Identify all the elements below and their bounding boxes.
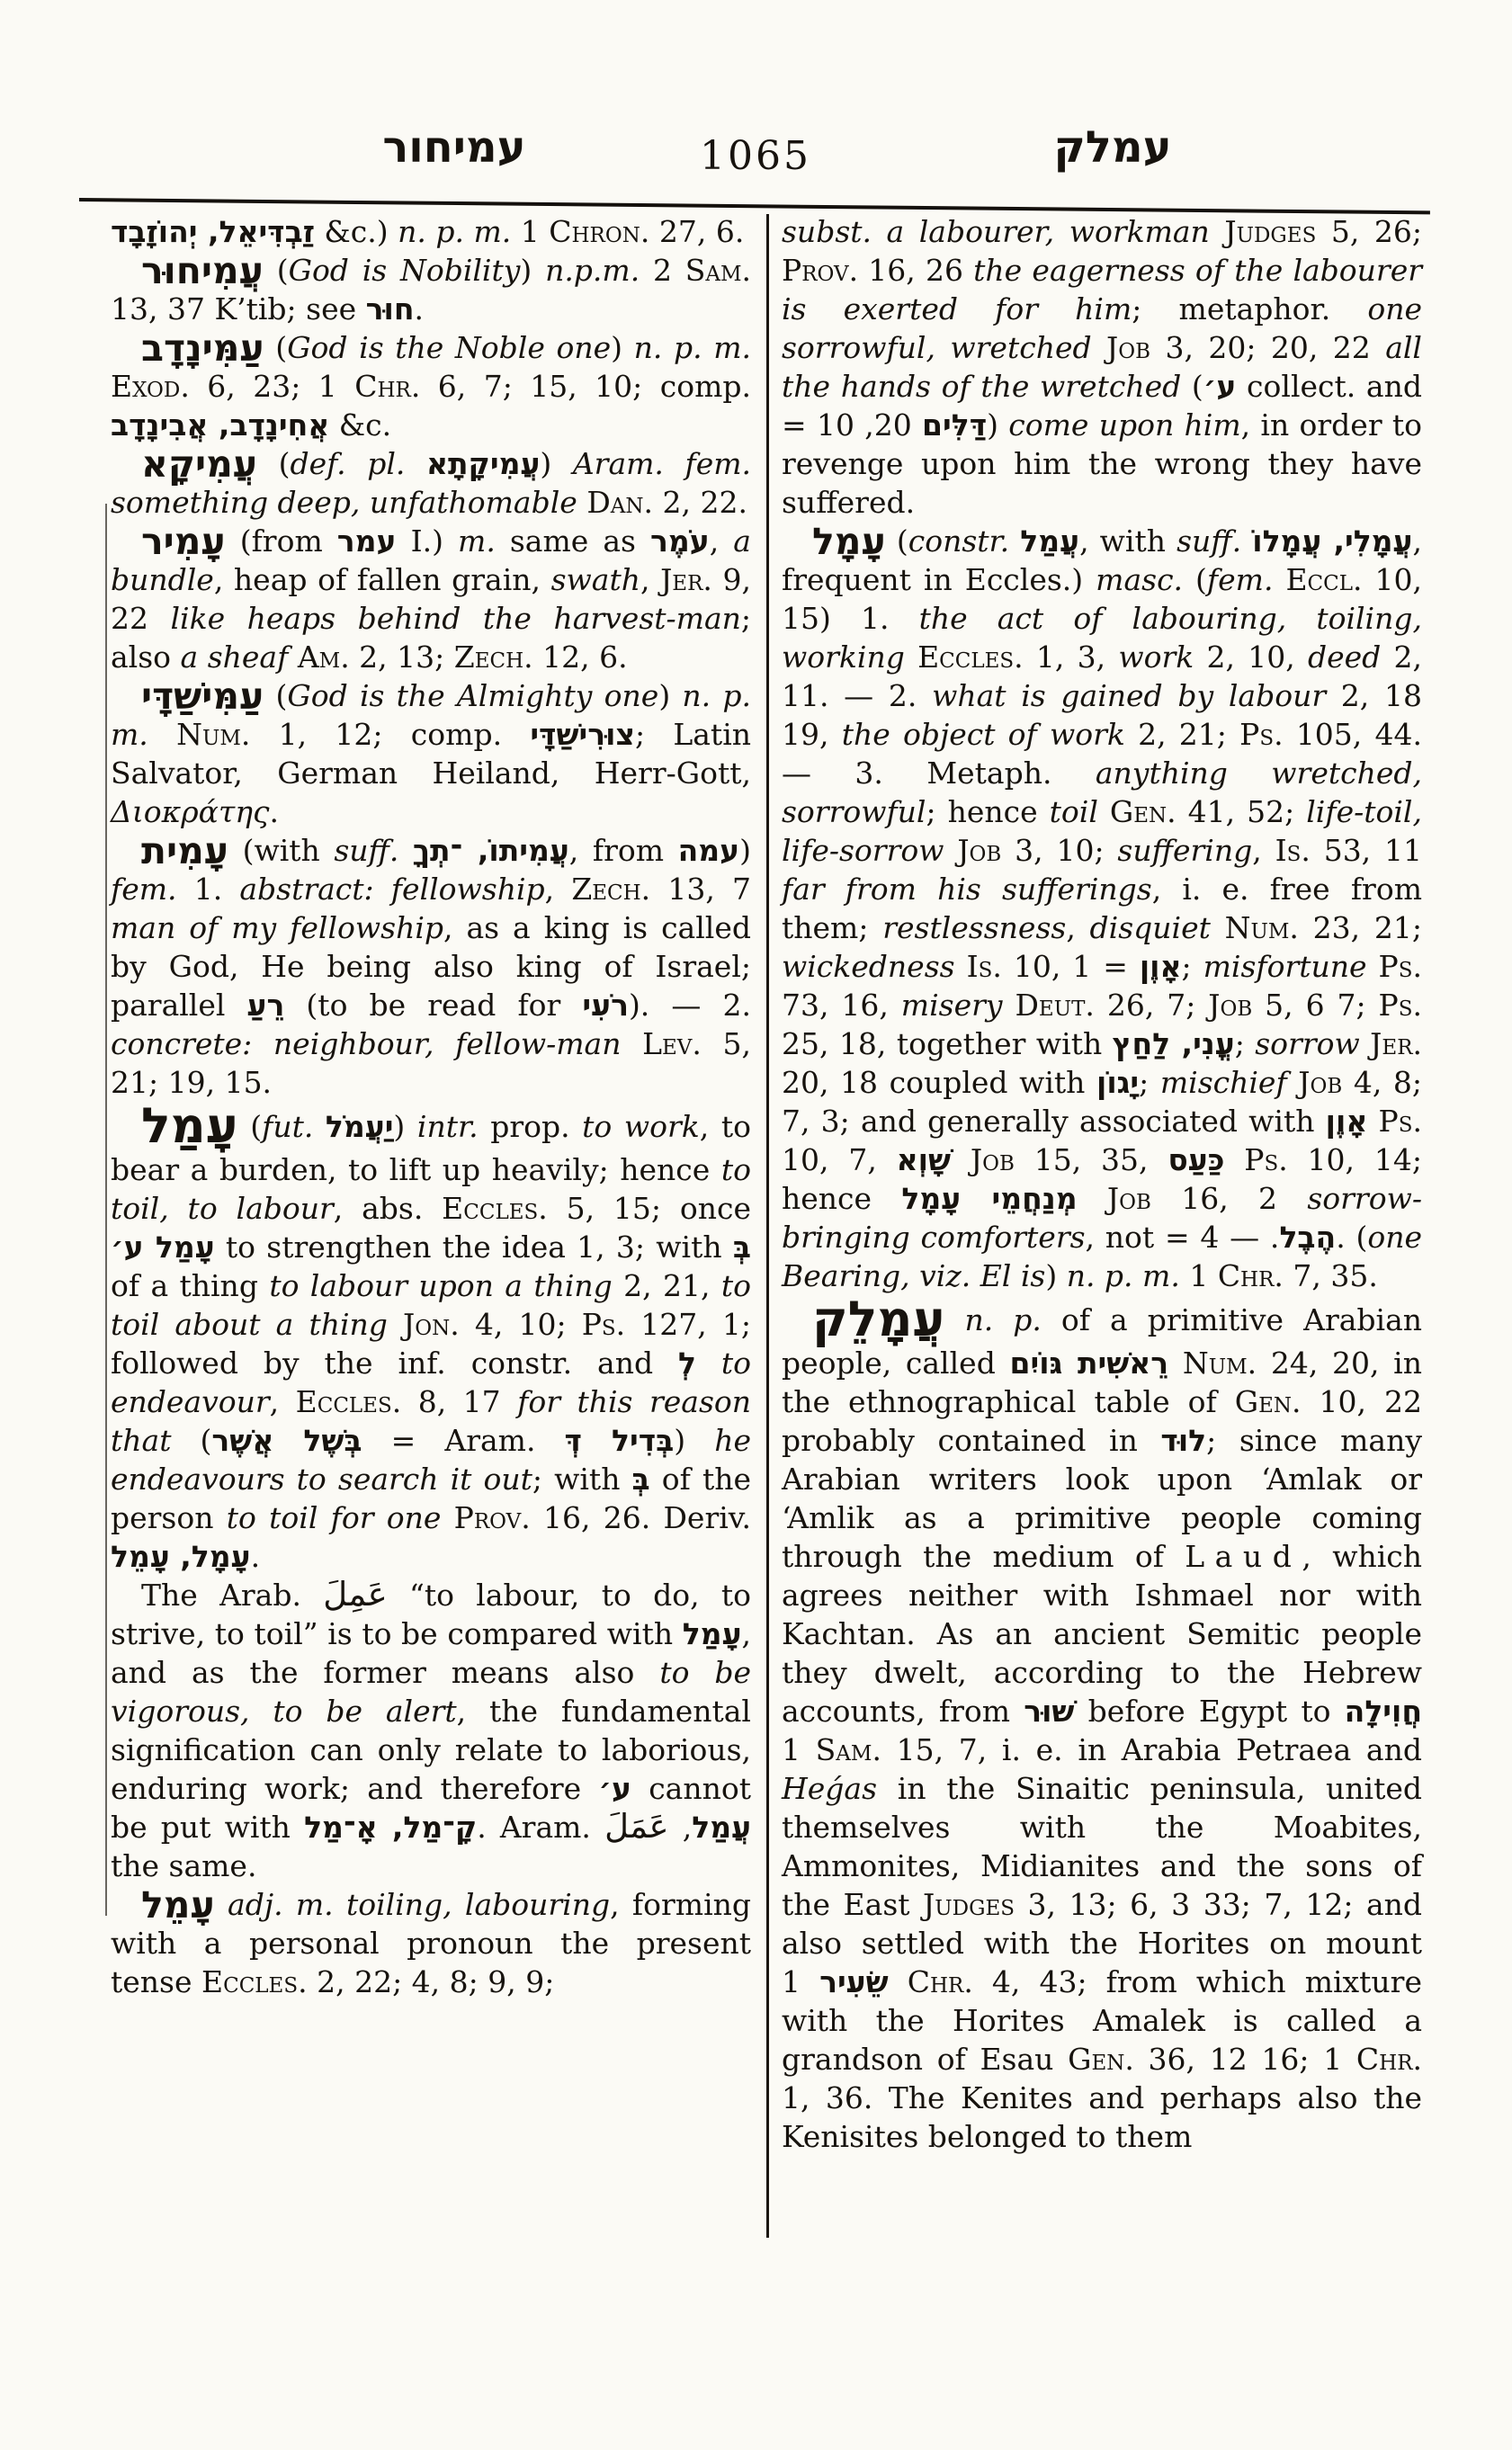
text-segment: ( bbox=[257, 446, 290, 481]
text-segment: to toil for one bbox=[227, 1500, 442, 1535]
hebrew-headword: עָמִית bbox=[141, 829, 228, 872]
text-segment: ) bbox=[739, 833, 751, 868]
hebrew-word: ע׳ bbox=[598, 1771, 631, 1806]
text-segment: 5, 6 7; bbox=[1252, 988, 1378, 1023]
text-segment: n.p.m. bbox=[545, 253, 640, 288]
text-segment: 13, 37 K’tib; see bbox=[111, 291, 366, 326]
text-segment: fem. bbox=[111, 872, 177, 907]
text-segment bbox=[1224, 1142, 1244, 1177]
text-segment: the object of work bbox=[842, 717, 1125, 752]
entry-amal-noun: עָמָל (constr. עֲמַל, with suff. עֲמָלִי… bbox=[782, 522, 1422, 1295]
text-segment: of a thing bbox=[111, 1268, 269, 1303]
hebrew-word: אָוֶן bbox=[1140, 949, 1182, 984]
text-segment: 12, 6. bbox=[533, 639, 628, 675]
entry-amalek: עֲמָלֵק n. p. of a primitive Arabian peo… bbox=[782, 1295, 1422, 2156]
text-segment: ) bbox=[540, 446, 572, 481]
arabic-word: عَمِلَ bbox=[323, 1575, 388, 1614]
text-segment: masc. bbox=[1096, 562, 1183, 597]
entry-arabic-note: The Arab. عَمِلَ “to labour, to do, to s… bbox=[111, 1576, 751, 1885]
text-segment: 2, 13; bbox=[350, 639, 454, 675]
text-segment: = Aram. bbox=[362, 1423, 565, 1458]
text-segment: 1, 12; comp. bbox=[250, 717, 530, 752]
text-segment: n. p. m. bbox=[398, 214, 511, 249]
hebrew-word: יָגוֹן bbox=[1096, 1065, 1139, 1100]
entry-amir: עָמִיר (from עמר I.) m. same as עֹמֶר, a… bbox=[111, 522, 751, 676]
scripture-reference: Ps. bbox=[582, 1307, 625, 1342]
scripture-reference: Chr. bbox=[1356, 2042, 1422, 2077]
text-segment: 26, 7; bbox=[1095, 988, 1208, 1023]
hebrew-word: אֲחִינָדָב, אֲבִינָדָב bbox=[111, 407, 329, 443]
hebrew-word: מְנַחֲמֵי עָמָל bbox=[901, 1181, 1077, 1216]
text-segment: , bbox=[270, 1384, 296, 1419]
text-segment: (from bbox=[226, 523, 337, 559]
text-segment bbox=[388, 1307, 403, 1342]
text-segment: 41, 52; bbox=[1176, 794, 1307, 829]
text-segment: God is the Noble one bbox=[287, 330, 611, 365]
text-segment: what is gained by labour bbox=[932, 678, 1326, 713]
text-segment: ) bbox=[674, 1423, 714, 1458]
text-segment: disquiet bbox=[1090, 910, 1211, 945]
text-segment: 2, 21, bbox=[613, 1268, 721, 1303]
text-segment: God is the Almighty one bbox=[287, 678, 658, 713]
text-segment: ; hence bbox=[926, 794, 1050, 829]
text-segment: , from bbox=[569, 833, 678, 868]
text-segment bbox=[1098, 794, 1110, 829]
left-margin-line bbox=[105, 504, 107, 1916]
scripture-reference: Eccles. bbox=[296, 1384, 402, 1419]
hebrew-word: עֲמִיקָתָא bbox=[426, 446, 540, 481]
hebrew-word: שֵׂעִיר bbox=[819, 1964, 889, 1999]
text-segment: adj. m. bbox=[228, 1887, 334, 1922]
text-segment: same as bbox=[496, 523, 650, 559]
text-segment: 6, 7; 15, 10; comp. bbox=[420, 369, 751, 404]
text-segment: work bbox=[1118, 639, 1194, 675]
text-segment: , bbox=[1252, 833, 1275, 868]
scripture-reference: Judges bbox=[1224, 214, 1316, 249]
text-segment: wickedness bbox=[782, 949, 955, 984]
scripture-reference: Num. bbox=[1225, 910, 1299, 945]
text-segment bbox=[405, 446, 426, 481]
text-segment: 2, 21; bbox=[1125, 717, 1239, 752]
scripture-reference: Job bbox=[1107, 1181, 1151, 1216]
text-segment: ( bbox=[264, 253, 289, 288]
text-segment: ) bbox=[658, 678, 682, 713]
hebrew-word: אָוֶן bbox=[1326, 1104, 1368, 1139]
scripture-reference: Job bbox=[1208, 988, 1252, 1023]
text-segment: (to be read for bbox=[284, 988, 582, 1023]
text-segment bbox=[696, 1346, 721, 1381]
text-segment: n. p. m. bbox=[1067, 1258, 1180, 1293]
text-segment: def. pl. bbox=[290, 446, 405, 481]
text-segment: 1. bbox=[177, 872, 240, 907]
scripture-reference: Jer. bbox=[1370, 1026, 1422, 1061]
scripture-reference: Chr. bbox=[1218, 1258, 1284, 1293]
scripture-reference: Ps. bbox=[1379, 1104, 1422, 1139]
hebrew-word: חֲוִילָה bbox=[1345, 1694, 1422, 1729]
text-segment: , heap of fallen grain, bbox=[214, 562, 551, 597]
text-segment: . bbox=[251, 1539, 261, 1574]
hebrew-word: עֳנִי, לַחַץ bbox=[1113, 1026, 1235, 1061]
text-segment: &c.) bbox=[315, 214, 398, 249]
text-segment: to strengthen the idea 1, 3; with bbox=[215, 1229, 733, 1265]
text-segment: 36, 12 16; 1 bbox=[1134, 2042, 1356, 2077]
text-segment: 15, 7, i. e. in Arabia Petraea and bbox=[881, 1732, 1422, 1767]
text-segment: suff. bbox=[334, 833, 398, 868]
text-segment: a labourer, workman bbox=[887, 214, 1210, 249]
hebrew-word: בְּדִיל דְּ bbox=[565, 1423, 675, 1458]
scripture-reference: Ps. bbox=[1244, 1142, 1287, 1177]
text-segment: 16, 2 bbox=[1151, 1181, 1307, 1216]
text-segment: ( bbox=[886, 523, 908, 559]
text-segment: ) bbox=[611, 330, 634, 365]
text-segment: (with bbox=[228, 833, 334, 868]
text-segment: ; bbox=[1182, 949, 1203, 984]
scripture-reference: Num. bbox=[1183, 1346, 1257, 1381]
scripture-reference: Prov. bbox=[782, 253, 858, 288]
scripture-reference: Ps. bbox=[1379, 988, 1422, 1023]
text-segment: toiling, labouring bbox=[346, 1887, 610, 1922]
text-segment bbox=[905, 639, 917, 675]
text-segment: prop. bbox=[479, 1109, 583, 1144]
scripture-reference: Eccl. bbox=[1285, 562, 1362, 597]
text-segment: misery bbox=[901, 988, 1003, 1023]
text-segment: toil bbox=[1050, 794, 1098, 829]
text-segment: to work bbox=[582, 1109, 700, 1144]
text-segment: . bbox=[269, 794, 279, 829]
scripture-reference: Gen. bbox=[1068, 2042, 1134, 2077]
scripture-reference: Deut. bbox=[1015, 988, 1094, 1023]
text-segment: 8, 17 bbox=[401, 1384, 517, 1419]
text-segment: , bbox=[640, 562, 660, 597]
lexicon-page: עמיחור 1065 עמלק זַבְדִּיאֵל, יְהוֹזָבָד… bbox=[0, 0, 1512, 2450]
text-segment: 53, 11 bbox=[1311, 833, 1422, 868]
scripture-reference: Zech. bbox=[571, 872, 650, 907]
text-segment: 27, 6. bbox=[649, 214, 744, 249]
text-segment: 15, 35, bbox=[1015, 1142, 1168, 1177]
entry-amit: עָמִית (with suff. עֲמִיתוֹ, ־תְךָ, from… bbox=[111, 831, 751, 1102]
hebrew-word: חוּר bbox=[366, 291, 415, 326]
text-segment: 20, 18 coupled with bbox=[782, 1065, 1096, 1100]
hebrew-word: עָמַל bbox=[683, 1616, 742, 1651]
text-segment: 2, 22; 4, 8; 9, 9; bbox=[308, 1964, 555, 1999]
text-segment bbox=[288, 639, 298, 675]
text-segment: 1 bbox=[1180, 1258, 1218, 1293]
scripture-reference: Prov. bbox=[454, 1500, 531, 1535]
text-segment bbox=[1367, 1104, 1378, 1139]
scripture-reference: Jer. bbox=[660, 562, 712, 597]
text-segment bbox=[1287, 1065, 1299, 1100]
entry-amal-verb: עָמַל (fut. יַעֲמֹל) intr. prop. to work… bbox=[111, 1102, 751, 1576]
text-segment: like heaps behind the harvest-man bbox=[170, 601, 740, 636]
text-segment: 16, 26 bbox=[858, 253, 973, 288]
hebrew-word: עָמַל ע׳ bbox=[111, 1229, 215, 1265]
scripture-reference: Ps. bbox=[1379, 949, 1422, 984]
scripture-reference: Exod. bbox=[111, 369, 190, 404]
text-segment: ( bbox=[238, 1109, 262, 1144]
entry-continuation: subst. a labourer, workman Judges 5, 26;… bbox=[782, 212, 1422, 522]
text-segment bbox=[334, 1887, 346, 1922]
hebrew-word: רֵאשִׁית גּוֹיִם bbox=[1010, 1346, 1169, 1381]
hebrew-word: יַעֲמֹל bbox=[326, 1109, 394, 1144]
running-head-left: עמיחור bbox=[342, 126, 567, 169]
scripture-reference: Job bbox=[1106, 330, 1150, 365]
hebrew-word: עֲמַל bbox=[1020, 523, 1079, 559]
arabic-word: عَمَلَ bbox=[604, 1807, 669, 1846]
text-segment: ; with bbox=[532, 1462, 632, 1497]
hebrew-word: עֲמִיתוֹ, ־תְךָ bbox=[413, 833, 569, 868]
text-segment: , with bbox=[1079, 523, 1176, 559]
text-segment: constr. bbox=[908, 523, 1009, 559]
left-column: זַבְדִּיאֵל, יְהוֹזָבָד &c.) n. p. m. 1 … bbox=[111, 212, 751, 2001]
text-segment: 16, 26. Deriv. bbox=[531, 1500, 751, 1535]
text-segment bbox=[621, 1026, 642, 1061]
entry-amiqa: עֲמִיקָא (def. pl. עֲמִיקָתָא) Aram. fem… bbox=[111, 444, 751, 522]
text-segment: 73, 16, bbox=[782, 988, 901, 1023]
text-segment: ; bbox=[1139, 1065, 1160, 1100]
text-segment bbox=[148, 717, 176, 752]
hebrew-word: צוּרִישַׁדָּי bbox=[530, 717, 635, 752]
text-segment: deed bbox=[1308, 639, 1381, 675]
hebrew-word: עמר bbox=[337, 523, 397, 559]
text-segment: , not = bbox=[1086, 1220, 1201, 1255]
scripture-reference: Eccles. bbox=[917, 639, 1024, 675]
text-segment: 2, 22. bbox=[653, 485, 747, 520]
text-segment: ) bbox=[520, 253, 545, 288]
text-segment: man of my fellowship bbox=[111, 910, 443, 945]
text-segment: 10, 7, bbox=[782, 1142, 897, 1177]
text-segment: 1, 3, bbox=[1024, 639, 1119, 675]
text-segment: I.) bbox=[397, 523, 459, 559]
scripture-reference: Num. bbox=[176, 717, 250, 752]
text-segment: suff. bbox=[1176, 523, 1241, 559]
text-segment: far from his sufferings bbox=[782, 872, 1152, 907]
scripture-reference: Ps. bbox=[1239, 717, 1283, 752]
text-segment: 5, 26; bbox=[1316, 214, 1422, 249]
hebrew-headword: עֲמָלֵק bbox=[812, 1291, 944, 1347]
text-segment bbox=[944, 1302, 964, 1337]
scripture-reference: Eccles. bbox=[442, 1191, 548, 1226]
scripture-reference: Chr. bbox=[908, 1964, 973, 1999]
hebrew-word: כַּעַס bbox=[1168, 1142, 1224, 1177]
text-segment: . bbox=[415, 291, 425, 326]
text-segment: , bbox=[545, 872, 572, 907]
text-segment: 2 bbox=[640, 253, 685, 288]
text-segment: subst. bbox=[782, 214, 872, 249]
text-segment: 3, 10; bbox=[1001, 833, 1117, 868]
hebrew-word: שׁוּר bbox=[1024, 1694, 1074, 1729]
hebrew-word: הֶבֶל bbox=[1279, 1220, 1336, 1255]
entry-amminadab: עַמִּינָדָב (God is the Noble one) n. p.… bbox=[111, 328, 751, 444]
text-segment: ( bbox=[1183, 562, 1207, 597]
text-segment: 1, 36. The Kenites and perhaps also the … bbox=[782, 2080, 1422, 2154]
text-segment bbox=[1211, 910, 1225, 945]
hebrew-headword: עָמָל bbox=[812, 520, 886, 563]
text-segment: ( bbox=[264, 678, 287, 713]
hebrew-word: עֲמַל bbox=[692, 1810, 751, 1845]
text-segment bbox=[441, 1500, 453, 1535]
text-segment bbox=[313, 1109, 326, 1144]
hebrew-word: דַּלִּים bbox=[922, 407, 987, 443]
text-segment bbox=[1241, 523, 1252, 559]
text-segment: 2, 10, bbox=[1194, 639, 1308, 675]
text-segment bbox=[951, 1142, 971, 1177]
text-segment: the same. bbox=[111, 1848, 256, 1883]
entry-continuation: זַבְדִּיאֵל, יְהוֹזָבָד &c.) n. p. m. 1 … bbox=[111, 212, 751, 251]
text-segment: Laud bbox=[1185, 1539, 1302, 1574]
text-segment: mischief bbox=[1160, 1065, 1287, 1100]
text-segment: n. p. bbox=[964, 1302, 1041, 1337]
text-segment: 10, 1 = bbox=[1002, 949, 1140, 984]
text-segment: , bbox=[669, 1810, 693, 1845]
text-segment: ( bbox=[1181, 369, 1203, 404]
text-segment: 7, 35. bbox=[1284, 1258, 1378, 1293]
text-segment bbox=[577, 485, 587, 520]
text-segment bbox=[1168, 1346, 1183, 1381]
text-segment: God is Nobility bbox=[289, 253, 521, 288]
hebrew-word: לוּד bbox=[1160, 1423, 1206, 1458]
text-segment bbox=[1360, 1026, 1370, 1061]
text-segment bbox=[1009, 523, 1020, 559]
hebrew-headword: עֲמִיחוּר bbox=[141, 249, 264, 292]
text-segment bbox=[1092, 330, 1106, 365]
text-segment bbox=[872, 214, 887, 249]
text-segment: fem. bbox=[1207, 562, 1274, 597]
scripture-reference: Gen. bbox=[1110, 794, 1176, 829]
text-segment bbox=[215, 1887, 228, 1922]
text-segment bbox=[1273, 562, 1285, 597]
text-segment bbox=[1210, 214, 1225, 249]
scripture-reference: Job bbox=[1298, 1065, 1342, 1100]
text-segment: intr. bbox=[417, 1109, 479, 1144]
text-segment: ( bbox=[264, 330, 288, 365]
text-segment: 5, 15; once bbox=[548, 1191, 751, 1226]
scripture-reference: Eccles. bbox=[201, 1964, 308, 1999]
scripture-reference: Chron. bbox=[549, 214, 649, 249]
text-segment: , bbox=[1066, 910, 1089, 945]
entry-amichur: עֲמִיחוּר (God is Nobility) n.p.m. 2 Sam… bbox=[111, 251, 751, 328]
entry-amel-adj: עָמֵל adj. m. toiling, labouring, formin… bbox=[111, 1885, 751, 2001]
text-segment: , bbox=[710, 523, 734, 559]
page-number: 1065 bbox=[680, 137, 831, 176]
hebrew-word: עמה bbox=[678, 833, 740, 868]
text-segment: The Arab. bbox=[141, 1578, 323, 1613]
hebrew-word: קָ־מַל, אָ־מַל bbox=[304, 1810, 477, 1845]
text-segment: abstract: fellowship bbox=[239, 872, 544, 907]
text-segment bbox=[944, 833, 957, 868]
text-segment: 23, 21; bbox=[1299, 910, 1422, 945]
text-segment: Aram. fem. bbox=[573, 446, 751, 481]
text-segment: sorrow bbox=[1255, 1026, 1359, 1061]
text-segment: , abs. bbox=[334, 1191, 442, 1226]
text-segment: . Aram. bbox=[477, 1810, 604, 1845]
text-segment bbox=[1078, 1181, 1107, 1216]
text-segment: n. p. m. bbox=[634, 330, 751, 365]
text-segment: 1 bbox=[511, 214, 549, 249]
text-segment: concrete: neighbour, fellow-man bbox=[111, 1026, 621, 1061]
text-segment: 6, 23; 1 bbox=[190, 369, 354, 404]
hebrew-word: רֵעַ bbox=[247, 988, 285, 1023]
hebrew-headword: עָמֵל bbox=[141, 1883, 215, 1927]
hebrew-word: בְּ bbox=[632, 1462, 650, 1497]
text-segment bbox=[398, 833, 413, 868]
scripture-reference: Job bbox=[957, 833, 1001, 868]
hebrew-word: רֹעִי bbox=[582, 988, 629, 1023]
text-segment: Heǵas bbox=[782, 1771, 877, 1806]
text-segment: 13, 7 bbox=[650, 872, 751, 907]
scripture-reference: Lev. bbox=[642, 1026, 702, 1061]
text-segment: &c. bbox=[329, 407, 391, 443]
scripture-reference: Judges bbox=[923, 1887, 1015, 1922]
scripture-reference: Jon. bbox=[403, 1307, 460, 1342]
greek-word: Διοκράτης bbox=[111, 794, 269, 829]
text-segment: to labour upon a thing bbox=[269, 1268, 612, 1303]
text-segment bbox=[955, 949, 967, 984]
scripture-reference: Zech. bbox=[454, 639, 533, 675]
text-segment: misfortune bbox=[1203, 949, 1367, 984]
entry-ammishaddai: עַמִּישַׁדָּי (God is the Almighty one) … bbox=[111, 676, 751, 831]
hebrew-word: שָׁוְא bbox=[897, 1142, 951, 1177]
column-divider bbox=[766, 214, 769, 2238]
hebrew-word: בְּשֶׁל אֲשֶׁר bbox=[211, 1423, 362, 1458]
scripture-reference: Chr. bbox=[354, 369, 420, 404]
right-column: subst. a labourer, workman Judges 5, 26;… bbox=[782, 212, 1422, 2156]
text-segment: 25, 18, together with bbox=[782, 1026, 1113, 1061]
running-head-right: עמלק bbox=[1000, 126, 1225, 169]
scripture-reference: Job bbox=[971, 1142, 1015, 1177]
text-segment: suffering bbox=[1117, 833, 1252, 868]
text-segment: ; metaphor. bbox=[1132, 291, 1367, 326]
scripture-reference: Is. bbox=[1275, 833, 1311, 868]
text-segment: ) bbox=[393, 1109, 416, 1144]
hebrew-headword: עַמִּישַׁדָּי bbox=[141, 675, 264, 718]
text-segment: fut. bbox=[262, 1109, 313, 1144]
text-segment: m. bbox=[458, 523, 496, 559]
scripture-reference: Is. bbox=[967, 949, 1002, 984]
text-segment bbox=[1003, 988, 1015, 1023]
hebrew-word: לְ bbox=[678, 1346, 696, 1381]
scripture-reference: Dan. bbox=[586, 485, 653, 520]
hebrew-word: עֲמָלִי, עֲמָלוֹ bbox=[1252, 523, 1412, 559]
hebrew-headword: עַמִּינָדָב bbox=[141, 326, 264, 370]
text-segment: ) bbox=[1045, 1258, 1066, 1293]
scripture-reference: Sam. bbox=[816, 1732, 881, 1767]
text-segment: before Egypt to bbox=[1074, 1694, 1344, 1729]
hebrew-word: זַבְדִּיאֵל, יְהוֹזָבָד bbox=[111, 214, 315, 249]
hebrew-headword: עֲמִיקָא bbox=[141, 443, 257, 486]
text-segment: 3, 20; 20, 22 bbox=[1150, 330, 1385, 365]
text-segment bbox=[1367, 949, 1379, 984]
scripture-reference: Gen. bbox=[1235, 1384, 1302, 1419]
hebrew-word: בְּ bbox=[733, 1229, 751, 1265]
scripture-reference: Am. bbox=[298, 639, 350, 675]
text-segment: ; bbox=[1235, 1026, 1256, 1061]
text-segment: restlessness bbox=[882, 910, 1066, 945]
text-segment: something deep, unfathomable bbox=[111, 485, 577, 520]
hebrew-word: עֹמֶר bbox=[650, 523, 710, 559]
hebrew-headword: עָמִיר bbox=[141, 520, 226, 563]
text-segment: ( bbox=[171, 1423, 211, 1458]
text-segment: 1 bbox=[782, 1732, 816, 1767]
text-segment: swath bbox=[551, 562, 640, 597]
text-segment: a sheaf bbox=[181, 639, 289, 675]
hebrew-headword: עָמַל bbox=[141, 1097, 238, 1154]
text-segment: come upon him bbox=[1008, 407, 1240, 443]
text-segment: ). — 2. bbox=[629, 988, 751, 1023]
text-segment: 4, 10; bbox=[460, 1307, 582, 1342]
hebrew-word: עָמָל, עָמֵל bbox=[111, 1539, 251, 1574]
hebrew-word: ע׳ bbox=[1203, 369, 1237, 404]
scripture-reference: Sam. bbox=[685, 253, 751, 288]
